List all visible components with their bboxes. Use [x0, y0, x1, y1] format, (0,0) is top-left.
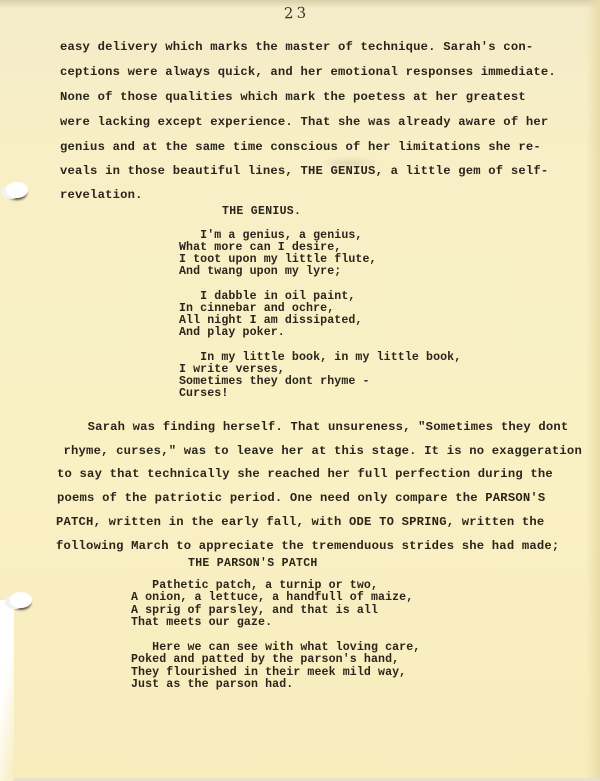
poem-line: A onion, a lettuce, a handfull of maize,	[131, 591, 413, 604]
poem-line: And twang upon my lyre;	[179, 265, 341, 278]
text-line: easy delivery which marks the master of …	[60, 40, 533, 54]
text-line: revelation.	[60, 188, 143, 202]
text-line: rhyme, curses," was to leave her at this…	[56, 444, 582, 458]
poem-line: And play poker.	[179, 326, 285, 339]
text-line: genius and at the same time conscious of…	[60, 140, 541, 154]
text-line: veals in those beautiful lines, THE GENI…	[60, 164, 548, 178]
text-line: None of those qualities which mark the p…	[60, 90, 526, 104]
poem-line: That meets our gaze.	[131, 616, 272, 629]
poem-line: Just as the parson had.	[131, 678, 293, 691]
poem-title: THE PARSON'S PATCH	[188, 557, 318, 570]
poem-line: Poked and patted by the parson's hand,	[131, 653, 399, 666]
text-line: poems of the patriotic period. One need …	[57, 491, 545, 505]
text-line: Sarah was finding herself. That unsurene…	[50, 420, 568, 434]
text-line: following March to appreciate the tremen…	[56, 539, 559, 553]
text-line: were lacking except experience. That she…	[60, 115, 548, 129]
text-line: ceptions were always quick, and her emot…	[60, 65, 556, 79]
page-number: 23	[284, 4, 310, 23]
punch-hole-bottom	[10, 592, 32, 608]
punch-hole-top	[6, 182, 28, 198]
poem-title: THE GENIUS.	[222, 205, 301, 218]
poem-line: Curses!	[179, 387, 228, 400]
torn-left-edge	[0, 600, 14, 781]
text-line: PATCH, written in the early fall, with O…	[56, 515, 544, 529]
text-line: to say that technically she reached her …	[57, 467, 553, 481]
